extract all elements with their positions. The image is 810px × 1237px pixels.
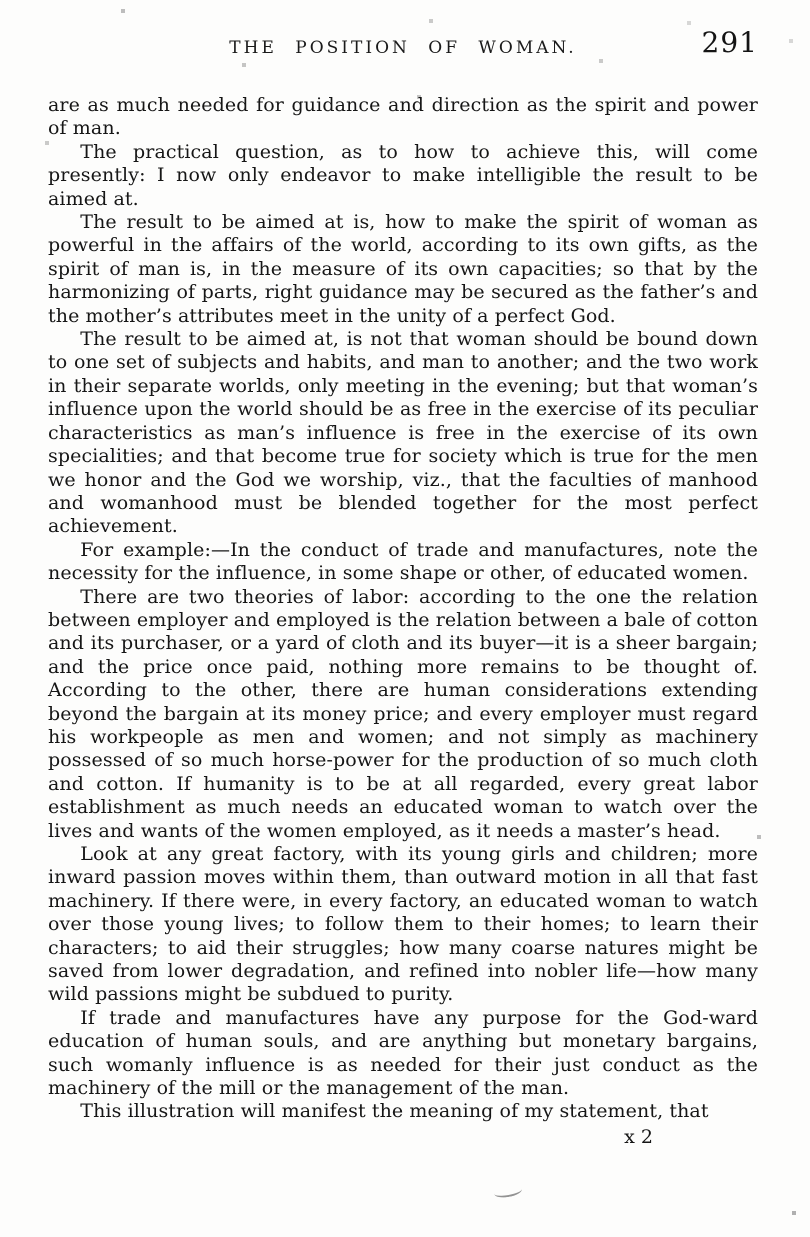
page-header: THE POSITION OF WOMAN. 291 [48,32,758,66]
scan-specks [0,0,2,2]
paragraph-4: The result to be aimed at, is not that w… [48,328,758,539]
book-page: THE POSITION OF WOMAN. 291 are as much n… [0,0,810,1237]
paragraph-1: are as much needed for guidance and dire… [48,94,758,141]
scan-smudge [493,1184,522,1200]
page-number: 291 [702,26,758,59]
paragraph-2: The practical question, as to how to ach… [48,141,758,211]
paragraph-6: There are two theories of labor: accordi… [48,586,758,843]
paragraph-5: For example:—In the conduct of trade and… [48,539,758,586]
running-title: THE POSITION OF WOMAN. [48,32,758,58]
paragraph-3: The result to be aimed at is, how to mak… [48,211,758,328]
printer-signature-mark: x 2 [48,1126,758,1149]
page-body: are as much needed for guidance and dire… [48,94,758,1149]
paragraph-7: Look at any great factory, with its youn… [48,843,758,1007]
paragraph-8: If trade and manufactures have any purpo… [48,1007,758,1101]
paragraph-9: This illustration will manifest the mean… [48,1100,758,1123]
